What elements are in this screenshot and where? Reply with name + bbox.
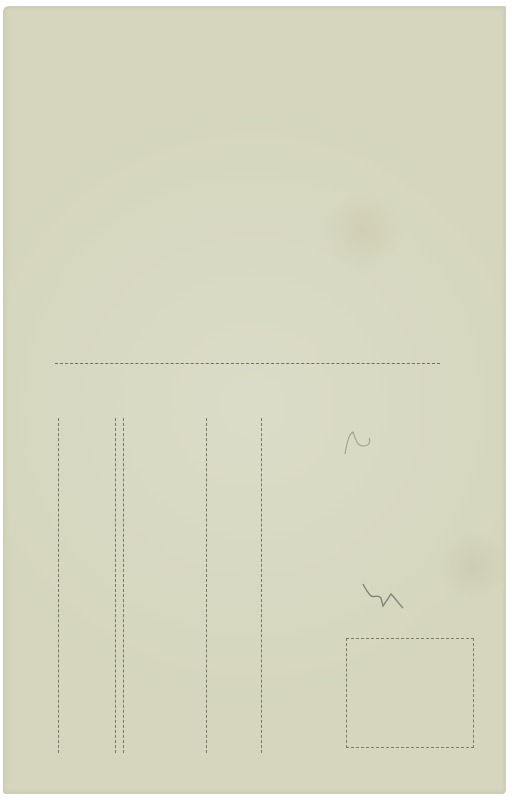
- vertical-line-4: [206, 418, 207, 753]
- vertical-line-1: [58, 418, 59, 753]
- pencil-scribble-mark-2: [355, 578, 415, 618]
- stamp-box: [346, 638, 474, 748]
- postcard-back: [3, 6, 506, 794]
- vertical-line-3: [123, 418, 124, 753]
- vertical-line-5: [261, 418, 262, 753]
- vertical-line-2: [115, 418, 116, 753]
- pencil-scribble-mark: [339, 424, 379, 464]
- horizontal-divider-line: [55, 363, 440, 364]
